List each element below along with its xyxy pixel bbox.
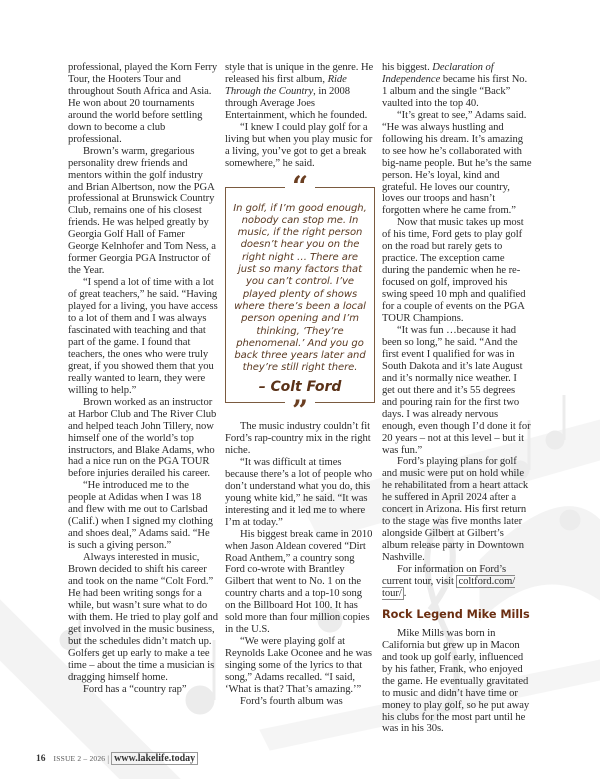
paragraph: “It was fun …because it had been so long… [382, 325, 532, 456]
close-quote-icon: ” [292, 401, 308, 421]
footer-separator: | [107, 754, 109, 764]
paragraph: Ford has a “country rap” [68, 684, 218, 696]
paragraph: “He introduced me to the people at Adida… [68, 480, 218, 552]
paragraph: “It’s great to see,” Adams said. “He was… [382, 110, 532, 218]
paragraph: his biggest. Declaration of Independence… [382, 62, 532, 110]
paragraph: Ford’s playing plans for golf and music … [382, 456, 532, 564]
paragraph: Brown’s warm, gregarious personality dre… [68, 146, 218, 277]
paragraph: Brown worked as an instructor at Harbor … [68, 397, 218, 481]
website-link[interactable]: www.lakelife.today [111, 752, 198, 765]
paragraph: Mike Mills was born in California but gr… [382, 628, 532, 736]
paragraph: professional, played the Korn Ferry Tour… [68, 62, 218, 146]
paragraph: Always interested in music, Brown decide… [68, 552, 218, 683]
paragraph: “We were playing golf at Reynolds Lake O… [225, 636, 375, 696]
article-column-1: professional, played the Korn Ferry Tour… [68, 62, 218, 696]
pull-quote-text: In golf, if I’m good enough, nobody can … [233, 203, 366, 374]
article-column-3: his biggest. Declaration of Independence… [382, 62, 532, 735]
paragraph: “I knew I could play golf for a living b… [225, 122, 375, 170]
page-number: 16 [36, 754, 46, 764]
article-column-2: style that is unique in the genre. He re… [225, 62, 375, 708]
paragraph: “It was difficult at times because there… [225, 457, 375, 529]
pull-quote-attribution: – Colt Ford [232, 381, 368, 393]
paragraph: His biggest break came in 2010 when Jaso… [225, 529, 375, 637]
paragraph: For information on Ford’s current tour, … [382, 564, 532, 600]
page-footer: 16 ISSUE 2 – 2026 | www.lakelife.today [36, 752, 198, 765]
paragraph: Ford’s fourth album was [225, 696, 375, 708]
section-subheading: Rock Legend Mike Mills [382, 609, 532, 621]
open-quote-icon: “ [292, 177, 308, 197]
paragraph: style that is unique in the genre. He re… [225, 62, 375, 122]
issue-label: ISSUE 2 – 2026 [54, 754, 106, 763]
paragraph: “I spend a lot of time with a lot of gre… [68, 277, 218, 397]
paragraph: Now that music takes up most of his time… [382, 217, 532, 325]
pull-quote-box: “ In golf, if I’m good enough, nobody ca… [225, 187, 375, 403]
